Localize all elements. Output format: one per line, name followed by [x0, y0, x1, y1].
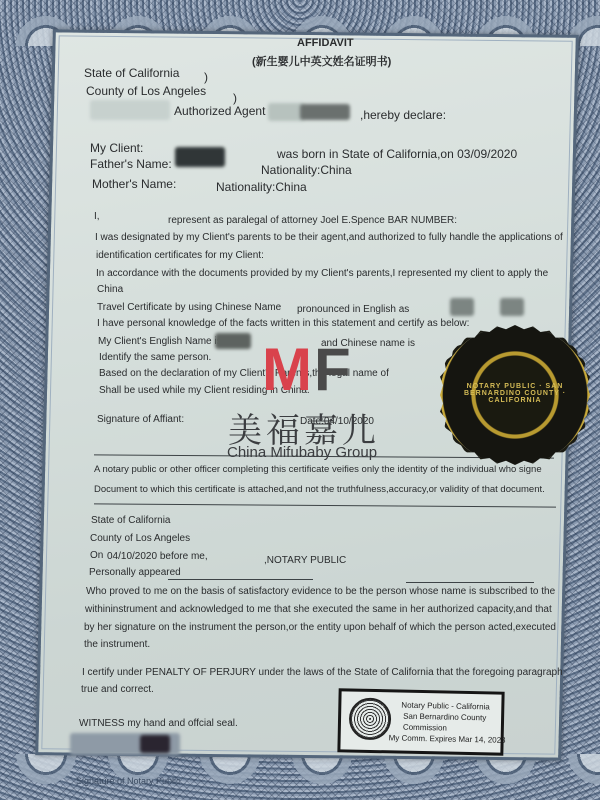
- father-nationality: Nationality:China: [261, 163, 352, 177]
- stamp-line3: Commission: [403, 723, 447, 733]
- ack-paragraph-2: withininstrument and acknowledged to me …: [85, 604, 552, 615]
- body-line6b: pronounced in English as: [297, 304, 409, 315]
- body-line8a: My Client's English Name is: [98, 336, 222, 347]
- perjury-line1: I certify under PENALTY OF PERJURY under…: [82, 667, 563, 678]
- redacted-english-name: [215, 333, 251, 349]
- redacted-name: [90, 100, 170, 120]
- ack-county: County of Los Angeles: [90, 533, 190, 544]
- body-line1: represent as paralegal of attorney Joel …: [168, 215, 457, 226]
- body-line6a: Travel Certificate by using Chinese Name: [97, 302, 281, 313]
- perjury-line2: true and correct.: [81, 684, 154, 695]
- witness-line: WITNESS my hand and offcial seal.: [79, 718, 238, 729]
- watermark-logo-f: F: [314, 336, 353, 403]
- body-line7: I have personal knowledge of the facts w…: [97, 318, 469, 329]
- ack-on-label: On: [90, 550, 103, 561]
- appeared-blank: [168, 579, 313, 580]
- appeared-blank: [406, 582, 534, 583]
- body-line5: China: [97, 284, 123, 295]
- redacted-agent: [300, 104, 350, 120]
- ack-appeared: Personally appeared: [89, 567, 181, 578]
- notary-signature-label: Signature of Notary Public: [76, 776, 181, 786]
- document-title: AFFIDAVIT: [297, 37, 354, 49]
- stamp-line1: Notary Public - California: [401, 701, 490, 712]
- venue-paren: ): [233, 91, 237, 105]
- redacted-pinyin: [450, 298, 474, 316]
- body-line9: Identify the same person.: [99, 352, 211, 363]
- watermark-english: China Mifubaby Group: [227, 444, 377, 461]
- declare-suffix: ,hereby declare:: [360, 108, 446, 122]
- ack-paragraph-4: the instrument.: [84, 639, 150, 650]
- redacted-notary-signature: [140, 735, 170, 753]
- affidavit-document: AFFIDAVIT (新生婴儿中英文姓名证明书) State of Califo…: [0, 0, 600, 800]
- gold-notary-seal-icon: NOTARY PUBLIC · SAN BERNARDINO COUNTY · …: [440, 325, 590, 465]
- ack-notary-public: ,NOTARY PUBLIC: [264, 555, 346, 566]
- notary-notice-line2: Document to which this certificate is at…: [94, 484, 545, 495]
- ack-state: State of California: [91, 515, 171, 526]
- father-label: Father's Name:: [90, 157, 172, 171]
- client-label: My Client:: [90, 141, 143, 155]
- ack-paragraph-3: by her signature on the instrument the p…: [84, 622, 556, 633]
- body-line3: identification certificates for my Clien…: [96, 250, 264, 261]
- divider: [94, 503, 556, 507]
- stamp-line4: My Comm. Expires Mar 14, 2023: [389, 733, 506, 744]
- redacted-pinyin: [500, 298, 524, 316]
- client-birth-text: was born in State of California,on 03/09…: [277, 147, 517, 161]
- watermark-logo: MF: [262, 335, 353, 404]
- stamp-line2: San Bernardino County: [403, 712, 486, 723]
- redacted-client-name: [175, 147, 225, 167]
- seal-text: NOTARY PUBLIC · SAN BERNARDINO COUNTY · …: [440, 383, 590, 404]
- mother-label: Mother's Name:: [92, 177, 176, 191]
- venue-paren: ): [204, 70, 208, 84]
- california-seal-icon: [349, 697, 392, 740]
- mother-nationality: Nationality:China: [216, 180, 307, 194]
- body-line1-prefix: I,: [94, 211, 100, 222]
- notary-stamp: Notary Public - California San Bernardin…: [337, 688, 504, 755]
- agent-role: Authorized Agent: [174, 104, 265, 118]
- affiant-signature-label: Signature of Affiant:: [97, 414, 184, 425]
- body-line2: I was designated by my Client's parents …: [95, 232, 563, 243]
- venue-county: County of Los Angeles: [86, 84, 206, 98]
- redacted-agent: [268, 103, 304, 121]
- notary-notice-line1: A notary public or other officer complet…: [94, 464, 542, 475]
- ack-paragraph-1: Who proved to me on the basis of satisfa…: [86, 586, 555, 597]
- venue-state: State of California: [84, 66, 179, 80]
- document-subtitle: (新生婴儿中英文姓名证明书): [252, 53, 391, 69]
- body-line4: In accordance with the documents provide…: [96, 268, 548, 279]
- watermark-logo-m: M: [262, 336, 314, 403]
- ack-on-date: 04/10/2020 before me,: [107, 551, 208, 562]
